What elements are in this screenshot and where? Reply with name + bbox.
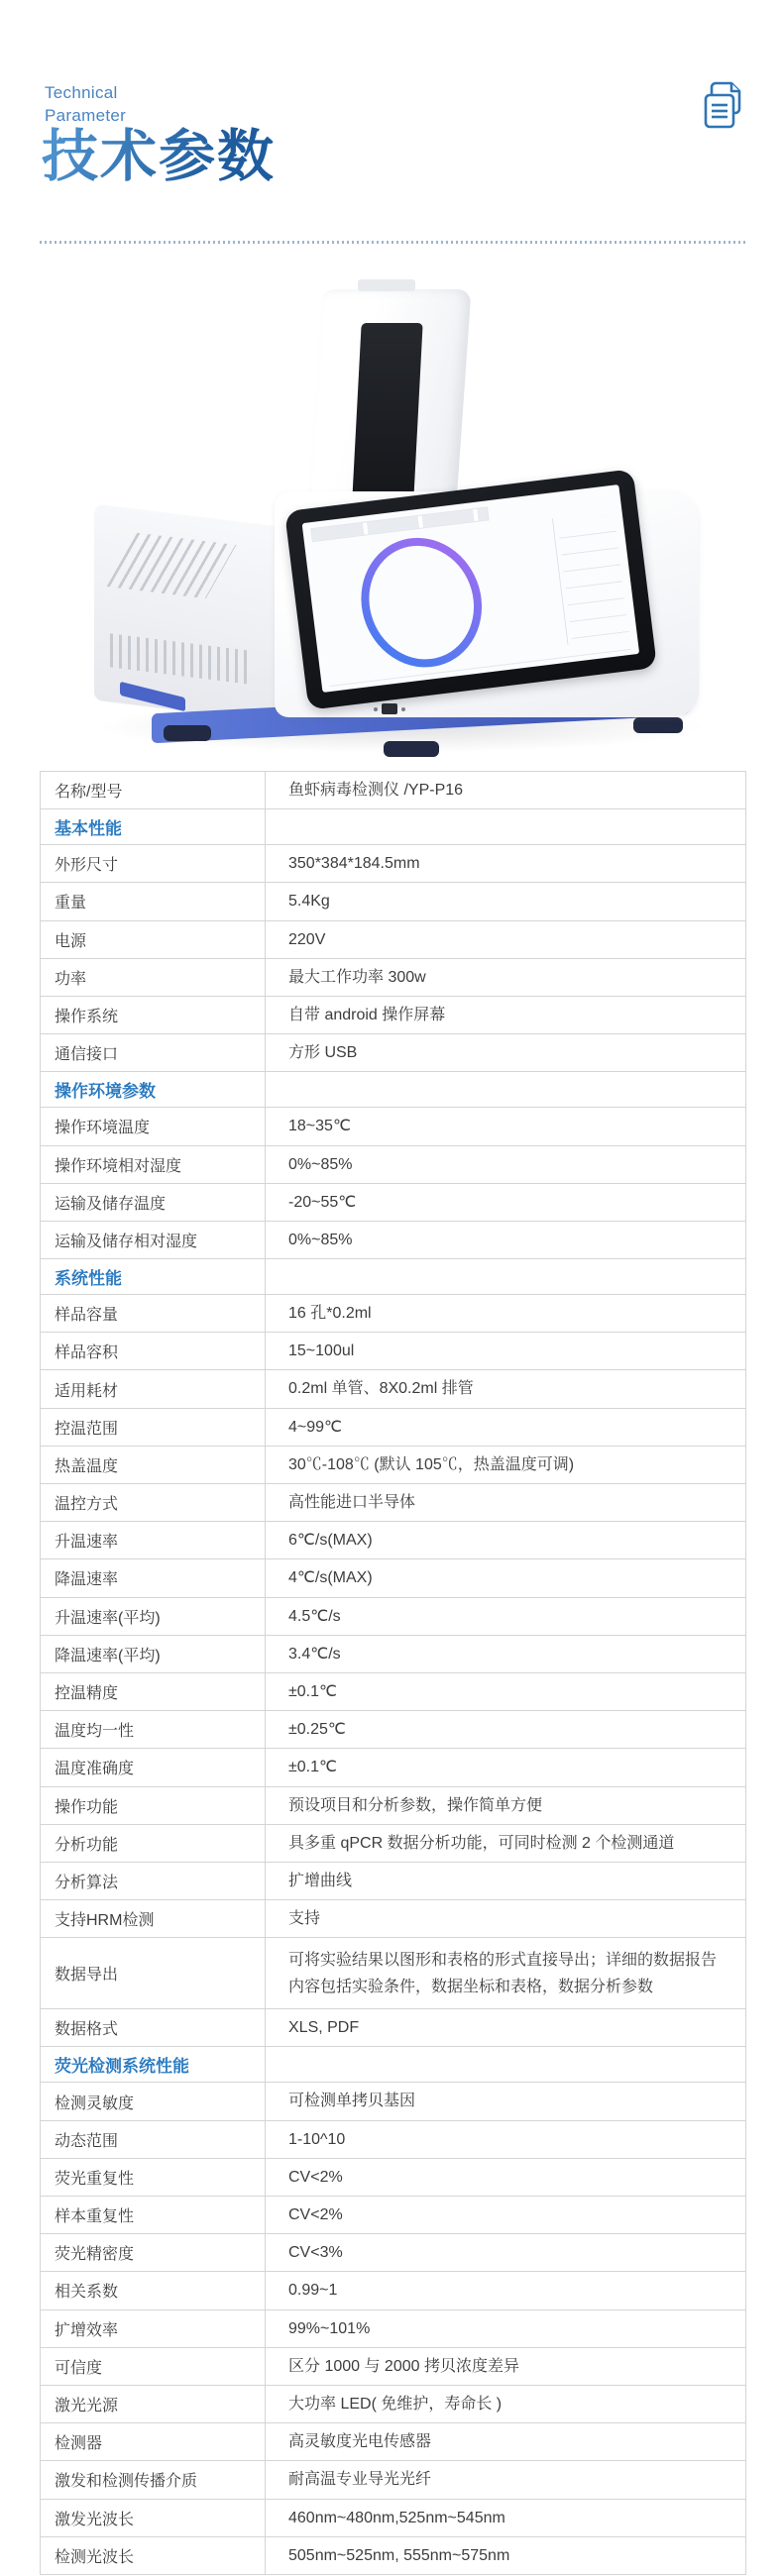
table-row: 分析算法扩增曲线 [41, 1863, 745, 1900]
eyebrow-label: Technical Parameter [45, 81, 126, 127]
spec-value: 460nm~480nm,525nm~545nm [266, 2500, 745, 2536]
table-row: 样品容量16 孔*0.2ml [41, 1295, 745, 1333]
spec-value: 16 孔*0.2ml [266, 1295, 745, 1332]
table-row: 相关系数0.99~1 [41, 2272, 745, 2309]
spec-label: 温控方式 [41, 1484, 266, 1521]
spec-label: 运输及储存相对湿度 [41, 1222, 266, 1258]
table-row: 扩增效率99%~101% [41, 2310, 745, 2348]
spec-label: 操作系统 [41, 997, 266, 1033]
spec-value: 可检测单拷贝基因 [266, 2083, 745, 2119]
spec-value: ±0.1℃ [266, 1673, 745, 1710]
device-screen [284, 469, 657, 710]
spec-value: 99%~101% [266, 2310, 745, 2347]
spec-value: 1-10^10 [266, 2121, 745, 2158]
table-row: 样本重复性CV<2% [41, 2197, 745, 2234]
spec-value [266, 2047, 745, 2082]
spec-label: 样本重复性 [41, 2197, 266, 2233]
table-row: 控温范围4~99℃ [41, 1409, 745, 1447]
spec-value: 大功率 LED( 免维护，寿命长 ) [266, 2386, 745, 2422]
spec-label: 分析算法 [41, 1863, 266, 1899]
device-sample-slot [352, 323, 422, 499]
table-row: 分析功能具多重 qPCR 数据分析功能，可同时检测 2 个检测通道 [41, 1825, 745, 1863]
spec-label: 热盖温度 [41, 1447, 266, 1483]
spec-value: 区分 1000 与 2000 拷贝浓度差异 [266, 2348, 745, 2385]
table-row: 数据格式XLS, PDF [41, 2009, 745, 2047]
spec-value: -20~55℃ [266, 1184, 745, 1221]
section-title: 操作环境参数 [41, 1072, 266, 1107]
spec-value [266, 1072, 745, 1107]
table-row: 激光光源大功率 LED( 免维护，寿命长 ) [41, 2386, 745, 2423]
table-row: 操作功能预设项目和分析参数，操作简单方便 [41, 1787, 745, 1825]
table-row: 降温速率4℃/s(MAX) [41, 1559, 745, 1597]
page-title: 技术参数 [42, 123, 276, 190]
spec-value: 4~99℃ [266, 1409, 745, 1446]
table-row: 检测器高灵敏度光电传感器 [41, 2423, 745, 2461]
spec-label: 名称/型号 [41, 772, 266, 808]
section-row: 基本性能 [41, 809, 745, 845]
spec-value: 最大工作功率 300w [266, 959, 745, 996]
table-row: 降温速率(平均)3.4℃/s [41, 1636, 745, 1673]
spec-value: ±0.25℃ [266, 1711, 745, 1748]
table-row: 温控方式高性能进口半导体 [41, 1484, 745, 1522]
spec-label: 功率 [41, 959, 266, 996]
spec-value: 高灵敏度光电传感器 [266, 2423, 745, 2460]
device-tower-cap [358, 279, 415, 291]
spec-label: 荧光重复性 [41, 2159, 266, 2196]
spec-label: 温度均一性 [41, 1711, 266, 1748]
section-row: 荧光检测系统性能 [41, 2047, 745, 2083]
table-row: 支持HRM检测支持 [41, 1900, 745, 1938]
dotted-divider [40, 241, 745, 244]
spec-label: 数据格式 [41, 2009, 266, 2046]
spec-value: XLS, PDF [266, 2009, 745, 2046]
spec-value: CV<2% [266, 2197, 745, 2233]
spec-value: 3.4℃/s [266, 1636, 745, 1672]
device-foot [384, 741, 439, 757]
spec-label: 激发和检测传播介质 [41, 2461, 266, 2498]
table-row: 操作环境相对湿度0%~85% [41, 1146, 745, 1184]
spec-label: 可信度 [41, 2348, 266, 2385]
spec-label: 荧光精密度 [41, 2234, 266, 2271]
documents-icon [702, 79, 747, 133]
spec-table: 名称/型号鱼虾病毒检测仪 /YP-P16基本性能外形尺寸350*384*184.… [40, 771, 746, 2575]
spec-value: 220V [266, 921, 745, 958]
spec-label: 相关系数 [41, 2272, 266, 2308]
table-row: 检测光波长505nm~525nm, 555nm~575nm [41, 2537, 745, 2575]
device-screen-ui [302, 484, 640, 693]
spec-value: 5.4Kg [266, 883, 745, 919]
spec-value: 高性能进口半导体 [266, 1484, 745, 1521]
spec-label: 温度准确度 [41, 1749, 266, 1785]
table-row: 温度均一性±0.25℃ [41, 1711, 745, 1749]
spec-label: 控温范围 [41, 1409, 266, 1446]
table-row: 操作系统自带 android 操作屏幕 [41, 997, 745, 1034]
section-title: 基本性能 [41, 809, 266, 844]
table-row: 可信度区分 1000 与 2000 拷贝浓度差异 [41, 2348, 745, 2386]
section-title: 荧光检测系统性能 [41, 2047, 266, 2082]
spec-value: 鱼虾病毒检测仪 /YP-P16 [266, 772, 745, 808]
spec-value: 0.2ml 单管、8X0.2ml 排管 [266, 1370, 745, 1407]
spec-value: 自带 android 操作屏幕 [266, 997, 745, 1033]
spec-value: CV<2% [266, 2159, 745, 2196]
spec-value: 扩增曲线 [266, 1863, 745, 1899]
spec-label: 降温速率(平均) [41, 1636, 266, 1672]
table-row: 重量5.4Kg [41, 883, 745, 920]
spec-label: 升温速率 [41, 1522, 266, 1558]
table-row: 样品容积15~100ul [41, 1333, 745, 1370]
spec-value: 具多重 qPCR 数据分析功能，可同时检测 2 个检测通道 [266, 1825, 745, 1862]
section-title: 系统性能 [41, 1259, 266, 1294]
spec-value: 预设项目和分析参数，操作简单方便 [266, 1787, 745, 1824]
spec-label: 检测光波长 [41, 2537, 266, 2574]
section-row: 系统性能 [41, 1259, 745, 1295]
table-row: 名称/型号鱼虾病毒检测仪 /YP-P16 [41, 772, 745, 809]
table-row: 操作环境温度18~35℃ [41, 1108, 745, 1145]
product-image [64, 277, 719, 753]
spec-value: 0.99~1 [266, 2272, 745, 2308]
table-row: 荧光精密度CV<3% [41, 2234, 745, 2272]
spec-value: 耐高温专业导光光纤 [266, 2461, 745, 2498]
spec-label: 数据导出 [41, 1938, 266, 2008]
spec-value [266, 1259, 745, 1294]
eyebrow-line1: Technical [45, 83, 118, 102]
screw-dot [374, 707, 378, 711]
section-row: 操作环境参数 [41, 1072, 745, 1108]
spec-value: 15~100ul [266, 1333, 745, 1369]
spec-value: 6℃/s(MAX) [266, 1522, 745, 1558]
screen-list-panel [557, 515, 628, 642]
spec-label: 动态范围 [41, 2121, 266, 2158]
screen-gradient-ring [334, 524, 508, 681]
table-row: 荧光重复性CV<2% [41, 2159, 745, 2197]
table-row: 数据导出可将实验结果以图形和表格的形式直接导出；详细的数据报告内容包括实验条件，… [41, 1938, 745, 2009]
spec-value: 方形 USB [266, 1034, 745, 1071]
usb-port [382, 703, 397, 714]
spec-value: 0%~85% [266, 1222, 745, 1258]
spec-label: 降温速率 [41, 1559, 266, 1596]
device-foot [164, 725, 211, 741]
spec-label: 操作环境相对湿度 [41, 1146, 266, 1183]
table-row: 运输及储存相对湿度0%~85% [41, 1222, 745, 1259]
table-row: 检测灵敏度可检测单拷贝基因 [41, 2083, 745, 2120]
device-foot [633, 717, 683, 733]
spec-label: 运输及储存温度 [41, 1184, 266, 1221]
table-row: 控温精度±0.1℃ [41, 1673, 745, 1711]
spec-label: 外形尺寸 [41, 845, 266, 882]
spec-label: 控温精度 [41, 1673, 266, 1710]
spec-label: 样品容量 [41, 1295, 266, 1332]
spec-label: 升温速率(平均) [41, 1598, 266, 1635]
spec-label: 通信接口 [41, 1034, 266, 1071]
spec-label: 样品容积 [41, 1333, 266, 1369]
table-row: 温度准确度±0.1℃ [41, 1749, 745, 1786]
table-row: 通信接口方形 USB [41, 1034, 745, 1072]
table-row: 热盖温度30℃-108℃ (默认 105℃，热盖温度可调) [41, 1447, 745, 1484]
spec-label: 操作功能 [41, 1787, 266, 1824]
spec-label: 分析功能 [41, 1825, 266, 1862]
spec-value: 可将实验结果以图形和表格的形式直接导出；详细的数据报告内容包括实验条件，数据坐标… [266, 1938, 745, 2008]
table-row: 运输及储存温度-20~55℃ [41, 1184, 745, 1222]
spec-label: 激光光源 [41, 2386, 266, 2422]
spec-value: 30℃-108℃ (默认 105℃，热盖温度可调) [266, 1447, 745, 1483]
table-row: 外形尺寸350*384*184.5mm [41, 845, 745, 883]
table-row: 电源220V [41, 921, 745, 959]
spec-value: CV<3% [266, 2234, 745, 2271]
screw-dot [401, 707, 405, 711]
table-row: 适用耗材0.2ml 单管、8X0.2ml 排管 [41, 1370, 745, 1408]
spec-value: 4.5℃/s [266, 1598, 745, 1635]
table-row: 激发和检测传播介质耐高温专业导光光纤 [41, 2461, 745, 2499]
spec-value: 505nm~525nm, 555nm~575nm [266, 2537, 745, 2574]
table-row: 升温速率(平均)4.5℃/s [41, 1598, 745, 1636]
spec-value: 支持 [266, 1900, 745, 1937]
table-row: 功率最大工作功率 300w [41, 959, 745, 997]
spec-value: 4℃/s(MAX) [266, 1559, 745, 1596]
spec-value: ±0.1℃ [266, 1749, 745, 1785]
table-row: 动态范围1-10^10 [41, 2121, 745, 2159]
spec-label: 电源 [41, 921, 266, 958]
spec-value: 0%~85% [266, 1146, 745, 1183]
spec-value: 350*384*184.5mm [266, 845, 745, 882]
spec-label: 检测器 [41, 2423, 266, 2460]
spec-label: 扩增效率 [41, 2310, 266, 2347]
spec-label: 支持HRM检测 [41, 1900, 266, 1937]
spec-label: 检测灵敏度 [41, 2083, 266, 2119]
page: Technical Parameter 技术参数 [0, 0, 783, 2576]
table-row: 升温速率6℃/s(MAX) [41, 1522, 745, 1559]
spec-label: 适用耗材 [41, 1370, 266, 1407]
spec-label: 重量 [41, 883, 266, 919]
spec-label: 操作环境温度 [41, 1108, 266, 1144]
spec-value [266, 809, 745, 844]
spec-value: 18~35℃ [266, 1108, 745, 1144]
spec-label: 激发光波长 [41, 2500, 266, 2536]
table-row: 激发光波长460nm~480nm,525nm~545nm [41, 2500, 745, 2537]
